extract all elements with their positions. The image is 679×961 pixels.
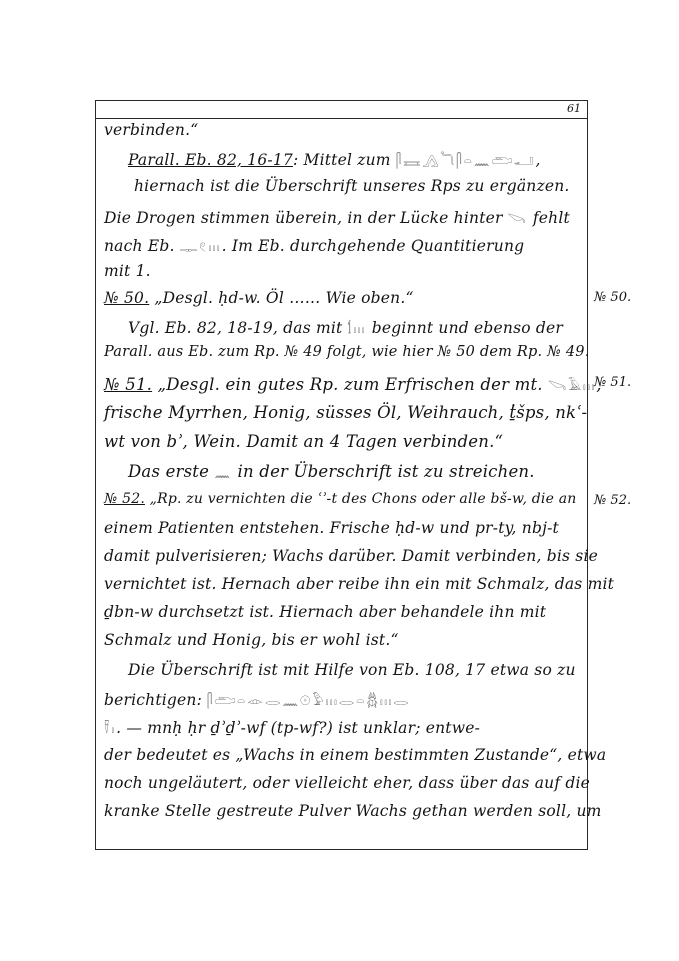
text-line: Parall. Eb. 82, 16-17: Mittel zum 𓋴𓈘𓂻𓆓𓋴𓏏… (104, 149, 541, 170)
text-line: Vgl. Eb. 82, 18-19, das mit 𓌀𓏥 beginnt u… (104, 317, 563, 338)
text-line: einem Patienten entstehen. Frische ḥd-w … (104, 519, 559, 537)
hieroglyph-group: 𓍋𓏤 (104, 722, 116, 737)
text-line: Das erste 𓈖 in der Überschrift ist zu st… (104, 461, 535, 482)
text-line: mit 1. (104, 262, 151, 280)
recipe-number: № 52. (104, 491, 145, 507)
hieroglyph-group: 𓈖 (215, 466, 233, 481)
margin-note-51: № 51. (594, 375, 631, 390)
margin-note-52: № 52. (594, 493, 631, 508)
text-line: № 50. „Desgl. ḥd-w. Öl …… Wie oben.“ (104, 289, 414, 307)
text-line: Die Überschrift ist mit Hilfe von Eb. 10… (104, 661, 576, 679)
text-line: № 51. „Desgl. ein gutes Rp. zum Erfrisch… (104, 374, 602, 395)
text-line: vernichtet ist. Hernach aber reibe ihn e… (104, 575, 614, 593)
text-line: noch ungeläutert, oder vielleicht eher, … (104, 774, 590, 792)
text-line: frische Myrrhen, Honig, süsses Öl, Weihr… (104, 403, 587, 422)
text-line: damit pulverisieren; Wachs darüber. Dami… (104, 547, 598, 565)
hieroglyph-group: 𓌀𓏥 (348, 322, 367, 337)
recipe-number: № 51. (104, 375, 152, 394)
parallel-reference: Parall. Eb. 82, 16-17 (128, 151, 293, 169)
text-line: verbinden.“ (104, 121, 198, 139)
text-line: Parall. aus Eb. zum Rp. № 49 folgt, wie … (104, 344, 590, 360)
text-line: der bedeutet es „Wachs in einem bestimmt… (104, 746, 606, 764)
hieroglyph-group: 𓊃𓏲𓏥 (180, 240, 222, 255)
text-line: nach Eb. 𓊃𓏲𓏥. Im Eb. durchgehende Quanti… (104, 235, 524, 256)
recipe-number: № 50. (104, 289, 149, 307)
text-line: wt von bʾ, Wein. Damit an 4 Tagen verbin… (104, 432, 503, 451)
text-line: ḏbn-w durchsetzt ist. Hiernach aber beha… (104, 603, 546, 621)
page-frame: 61 verbinden.“ Parall. Eb. 82, 16-17: Mi… (95, 100, 588, 850)
text-line: berichtigen: 𓋴𓂧𓏏𓁹𓂋𓈖𓇳𓅱𓏥𓂋𓏏𓆣𓏥𓂋 (104, 689, 411, 710)
text-line: Die Drogen stimmen überein, in der Lücke… (104, 207, 570, 228)
hieroglyph-group: 𓋴𓂧𓏏𓁹𓂋𓈖𓇳𓅱𓏥𓂋𓏏𓆣𓏥𓂋 (207, 694, 410, 709)
text-line: kranke Stelle gestreute Pulver Wachs get… (104, 802, 602, 820)
text-line: № 52. „Rp. zu vernichten die ʿʾ-t des Ch… (104, 491, 577, 507)
hieroglyph-group: 𓌪𓄿𓏥 (548, 379, 596, 394)
margin-note-50: № 50. (594, 290, 631, 305)
page-number: 61 (567, 102, 581, 115)
text-line: 𓍋𓏤. — mnḥ ḥr ḏʾḏʾ-wf (tp-wf?) ist unklar… (104, 717, 480, 738)
hieroglyph-group: 𓌪 (508, 212, 528, 227)
header-rule (96, 118, 587, 119)
text-line: hiernach ist die Überschrift unseres Rps… (104, 177, 570, 195)
hieroglyph-group: 𓋴𓈘𓂻𓆓𓋴𓏏𓈖𓂧𓂝 (396, 154, 536, 169)
text-line: Schmalz und Honig, bis er wohl ist.“ (104, 631, 399, 649)
